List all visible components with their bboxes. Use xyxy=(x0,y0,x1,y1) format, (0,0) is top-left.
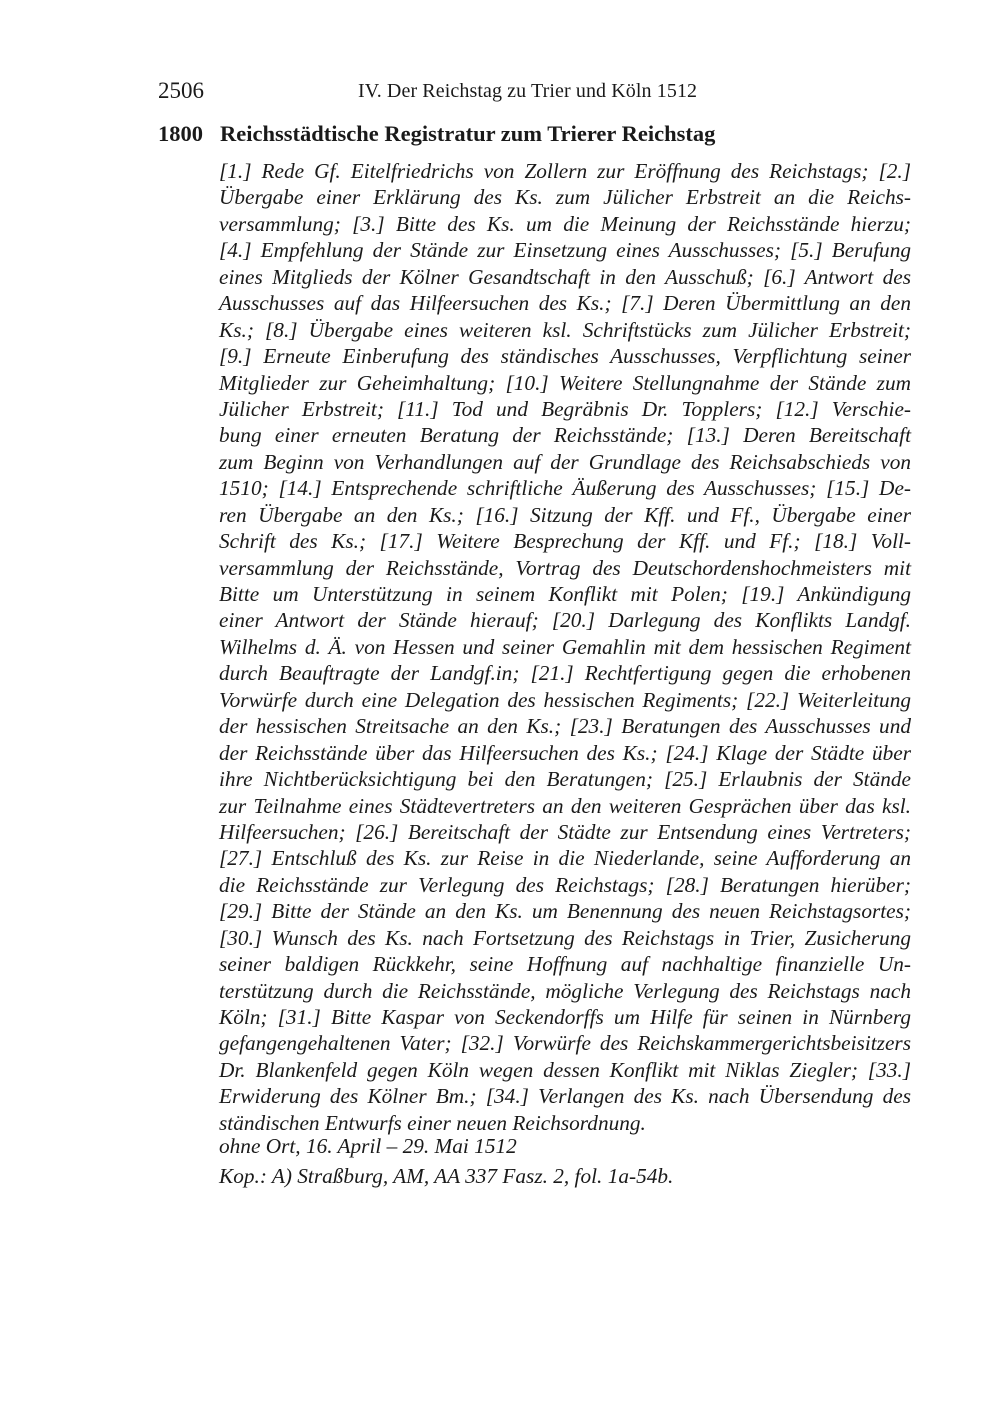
regest-line: Dr. Blankenfeld gegen Köln wegen dessen … xyxy=(219,1057,911,1083)
regest-line: bung einer erneuten Beratung der Reichss… xyxy=(219,422,911,448)
regest-line: seiner baldigen Rückkehr, seine Hoffnung… xyxy=(219,951,911,977)
page-number: 2506 xyxy=(158,78,204,104)
regest-summary: [1.] Rede Gf. Eitelfriedrichs von Zoller… xyxy=(219,158,911,1136)
document-title: Reichsstädtische Registratur zum Trierer… xyxy=(220,121,715,146)
document-heading: 1800Reichsstädtische Registratur zum Tri… xyxy=(158,121,715,147)
document-page: 2506 IV. Der Reichstag zu Trier und Köln… xyxy=(0,0,1004,1418)
regest-line: Wilhelms d. Ä. von Hessen und seiner Gem… xyxy=(219,634,911,660)
regest-line: Vorwürfe durch eine Delegation des hessi… xyxy=(219,687,911,713)
regest-line: gefangengehaltenen Vater; [32.] Vorwürfe… xyxy=(219,1030,911,1056)
regest-line: der Reichsstände über das Hilfeersuchen … xyxy=(219,740,911,766)
regest-line: versammlung; [3.] Bitte des Ks. um die M… xyxy=(219,211,911,237)
regest-line: Bitte um Unterstützung in seinem Konflik… xyxy=(219,581,911,607)
regest-line: versammlung der Reichsstände, Vortrag de… xyxy=(219,555,911,581)
regest-line: ren Übergabe an den Ks.; [16.] Sitzung d… xyxy=(219,502,911,528)
regest-line: terstützung durch die Reichsstände, mögl… xyxy=(219,978,911,1004)
running-title: IV. Der Reichstag zu Trier und Köln 1512 xyxy=(358,80,697,103)
regest-line: Mitglieder zur Geheimhaltung; [10.] Weit… xyxy=(219,370,911,396)
regest-line: durch Beauftragte der Landgf.in; [21.] R… xyxy=(219,660,911,686)
regest-line: einer Antwort der Stände hierauf; [20.] … xyxy=(219,607,911,633)
regest-line: Hilfeersuchen; [26.] Bereitschaft der St… xyxy=(219,819,911,845)
document-source: Kop.: A) Straßburg, AM, AA 337 Fasz. 2, … xyxy=(219,1164,673,1189)
regest-line: [27.] Entschluß des Ks. zur Reise in die… xyxy=(219,845,911,871)
regest-line: ihre Nichtberücksichtigung bei den Berat… xyxy=(219,766,911,792)
regest-line: Ks.; [8.] Übergabe eines weiteren ksl. S… xyxy=(219,317,911,343)
regest-line: Schrift des Ks.; [17.] Weitere Besprechu… xyxy=(219,528,911,554)
regest-line: Jülicher Erbstreit; [11.] Tod und Begräb… xyxy=(219,396,911,422)
document-number: 1800 xyxy=(158,121,220,147)
regest-line: die Reichsstände zur Verlegung des Reich… xyxy=(219,872,911,898)
regest-line: [9.] Erneute Einberufung des ständisches… xyxy=(219,343,911,369)
regest-line: Köln; [31.] Bitte Kaspar von Seckendorff… xyxy=(219,1004,911,1030)
regest-line: Ausschusses auf das Hilfeersuchen des Ks… xyxy=(219,290,911,316)
regest-line: Erwiderung des Kölner Bm.; [34.] Verlang… xyxy=(219,1083,911,1109)
regest-line: 1510; [14.] Entsprechende schriftliche Ä… xyxy=(219,475,911,501)
regest-line: [4.] Empfehlung der Stände zur Einsetzun… xyxy=(219,237,911,263)
regest-line: [1.] Rede Gf. Eitelfriedrichs von Zoller… xyxy=(219,158,911,184)
running-head: 2506 IV. Der Reichstag zu Trier und Köln… xyxy=(158,78,900,108)
regest-line: ständischen Entwurfs einer neuen Reichso… xyxy=(219,1110,911,1136)
document-date: ohne Ort, 16. April – 29. Mai 1512 xyxy=(219,1134,517,1159)
regest-line: eines Mitglieds der Kölner Gesandtschaft… xyxy=(219,264,911,290)
regest-line: [30.] Wunsch des Ks. nach Fortsetzung de… xyxy=(219,925,911,951)
regest-line: zur Teilnahme eines Städtevertreters an … xyxy=(219,793,911,819)
regest-line: zum Beginn von Verhandlungen auf der Gru… xyxy=(219,449,911,475)
regest-line: [29.] Bitte der Stände an den Ks. um Ben… xyxy=(219,898,911,924)
regest-line: Übergabe einer Erklärung des Ks. zum Jül… xyxy=(219,184,911,210)
regest-line: der hessischen Streitsache an den Ks.; [… xyxy=(219,713,911,739)
